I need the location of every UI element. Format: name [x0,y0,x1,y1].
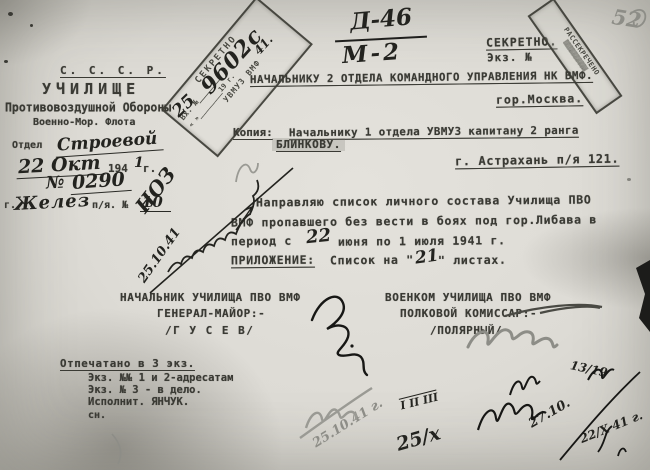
letterhead-org-line3: Военно-Мор. Флота [33,117,135,128]
copy-recipient-name: БЛИНКОВУ. [272,138,345,151]
body-line2: ВМФ пропавшего без вести в боях под гор.… [231,212,597,229]
gusev-signature-dot [350,344,353,347]
letterhead-org-name: УЧИЛИЩЕ [42,80,140,98]
attachment-sheets-handwritten: 21 [414,245,440,268]
signer-left-title1: НАЧАЛЬНИК УЧИЛИЩА ПВО ВМФ [120,291,301,304]
copy-number-label: Экз. № [487,51,533,65]
copy-area-pencil-loop [236,163,258,182]
doc-number-denominator-handwritten: М-2 [341,38,403,69]
body-line3-pre: период с [231,234,292,249]
body-day-handwritten: 22 [305,225,332,249]
scan-speck [4,60,8,63]
letterhead-city-handwritten: Желез [14,190,91,215]
scanned-document: С. С. С. Р. УЧИЛИЩЕ Противовоздушной Обо… [0,0,650,470]
print-note-line3: Экз. № 3 - в дело. [88,384,202,396]
copy-city: г. Астрахань п/я 121. [455,152,620,169]
signer-left-title2: ГЕНЕРАЛ-МАЙОР:- [157,307,265,320]
copy-label: Копия: [233,126,273,139]
doc-number-numerator-handwritten: Д-46 [349,3,413,35]
signer-right-title1: ВОЕНКОМ УЧИЛИЩА ПВО ВМФ [385,291,551,304]
letterhead-country: С. С. С. Р. [60,64,166,77]
print-note-line5: сн. [88,410,106,421]
attachment-post: " листах. [438,253,507,268]
print-note-line4: Исполнит. ЯНЧУК. [88,396,189,408]
annotation-tally-marks: I II III [399,391,440,413]
letterhead-number-label-handwritten: № [45,173,65,194]
body-line3-post: июня по 1 июля 1941 г. [338,233,506,248]
annotation-22x-handwritten: 22/Х 41 г. [578,408,645,446]
print-note-line2: Экз. №№ 1 и 2-адресатам [88,372,233,384]
copy-line1: Начальнику 1 отдела УВМУЗ капитану 2 ран… [289,124,579,140]
declassified-stamp-smudge: ▒▒▒▒▒▒▒▒▒▒ [540,8,611,104]
annotation-date-ink-handwritten: 25.10.41 [135,225,184,285]
signer-left-name: /Г У С Е В/ [165,324,254,337]
letterhead-org-line2: Противовоздушной Обороны [5,99,171,114]
signer-right-name: /ПОЛЯРНЫЙ/ [430,324,502,337]
bottom-center-curve-mark [112,434,121,464]
bottom-right-signature2-scribble [510,377,540,395]
declassified-stamp-text: РАССЕКРЕЧЕНО [546,3,617,99]
annotation-fraction-handwritten: 13/19 [569,358,609,380]
signer-right-title2: ПОЛКОВОЙ КОМИССАР:- [400,307,537,320]
page-number-pencil: 52 [610,4,643,33]
scan-speck [627,178,631,181]
print-note-line1: Отпечатано в 3 экз. [60,357,195,370]
scan-speck [30,24,33,27]
gusev-signature-scribble [312,297,367,375]
letterhead-box-typed: п/я. № [92,200,128,211]
right-edge-fold-mark [636,260,650,332]
attachment-label: ПРИЛОЖЕНИЕ: [231,253,315,268]
addressee-line1: НАЧАЛЬНИКУ 2 ОТДЕЛА КОМАНДНОГО УПРАВЛЕНИ… [250,69,593,86]
letterhead-dept-label: Отдел [12,140,42,151]
addressee-city: гор.Москва. [496,91,583,107]
scan-speck [8,12,13,16]
annotation-2710-handwritten: 27.10. [526,396,573,432]
attachment-pre: Список на " [330,253,414,268]
body-line1: Направляю список личного состава Училища… [256,193,592,210]
annotation-25x-handwritten: 25/х [394,422,443,455]
annotation-date-pencil: 25.10.41 г. [310,396,386,451]
